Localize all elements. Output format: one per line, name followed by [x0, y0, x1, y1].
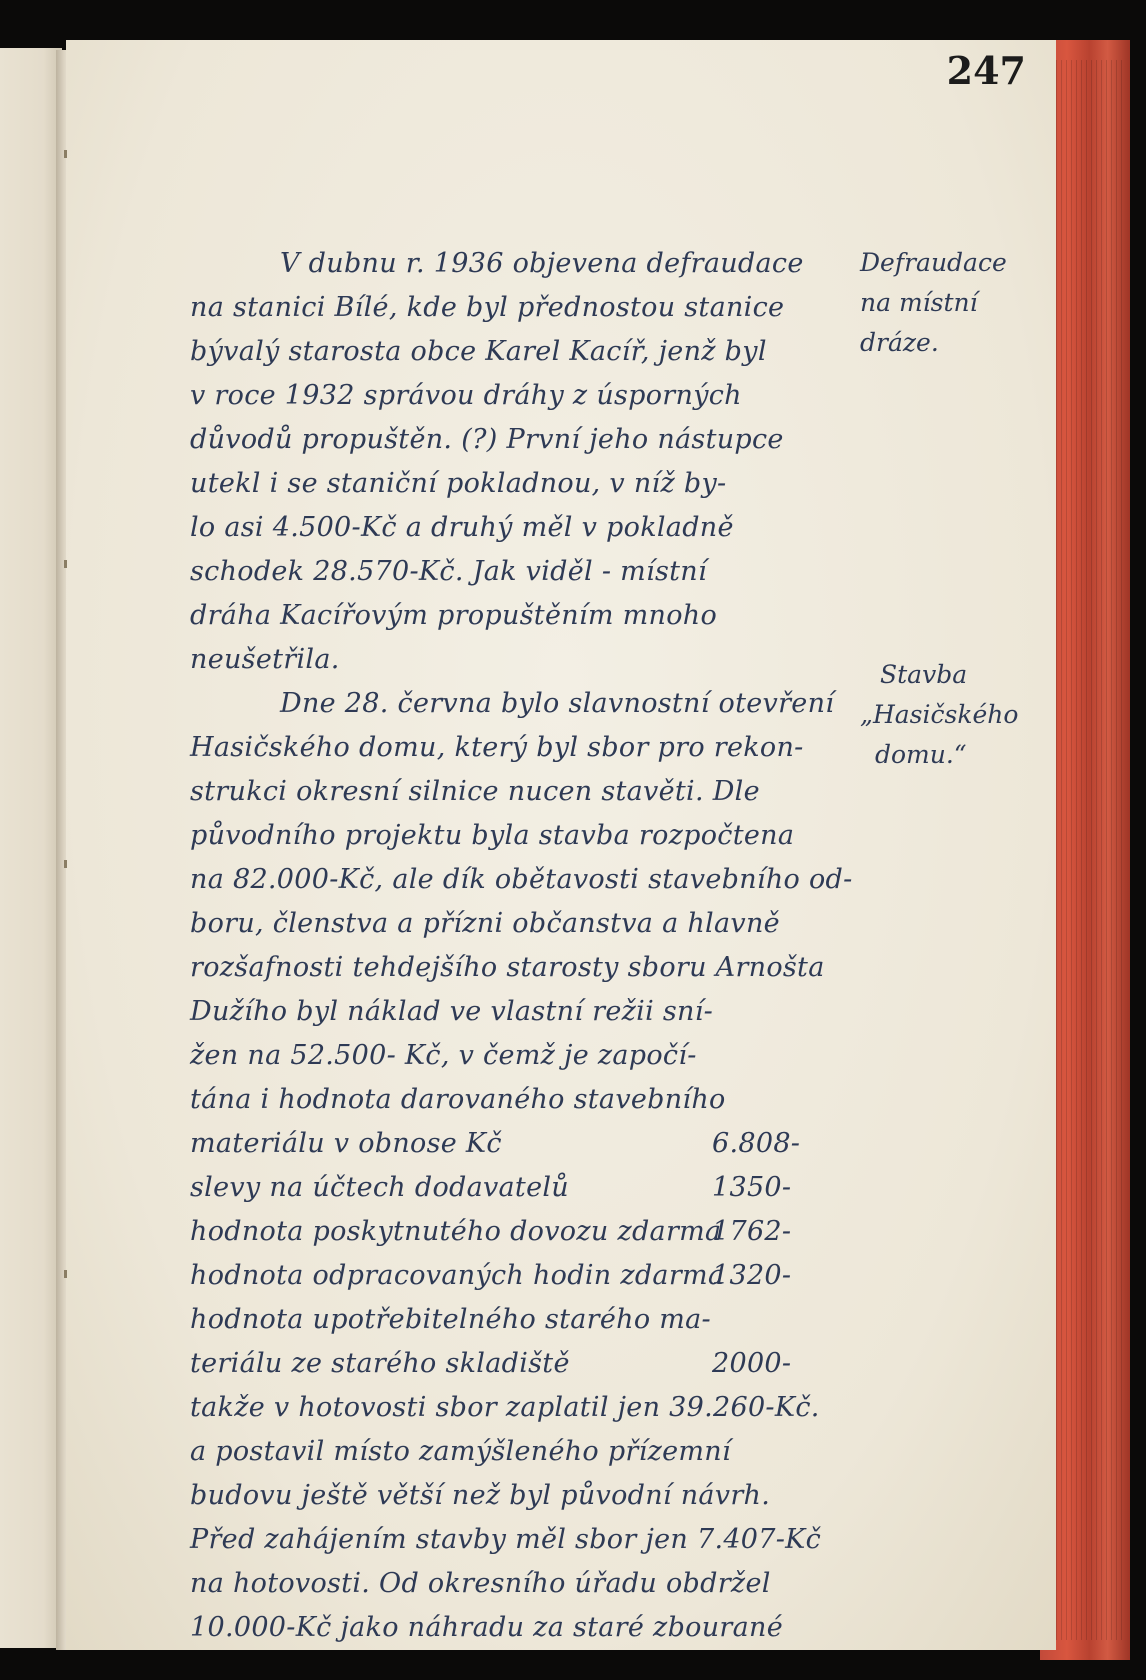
text-line: materiálu v obnose Kč: [190, 1128, 502, 1159]
text-line: bývalý starosta obce Karel Kacíř, jenž b…: [190, 336, 767, 367]
binding-stitch: [64, 1270, 67, 1278]
text-line: V dubnu r. 1936 objevena defraudace: [280, 248, 804, 279]
text-line: schodek 28.570-Kč. Jak viděl - místní: [190, 556, 707, 587]
text-line: teriálu ze starého skladiště: [190, 1348, 570, 1379]
amount: 1350-: [712, 1172, 791, 1203]
left-page-edge: [0, 48, 62, 1648]
text-line: hodnota odpracovaných hodin zdarma: [190, 1260, 724, 1291]
binding-stitch: [64, 560, 67, 568]
text-line: žen na 52.500- Kč, v čemž je započí-: [190, 1040, 697, 1071]
page-number: 247: [947, 48, 1026, 93]
amount: 2000-: [712, 1348, 791, 1379]
text-line: lo asi 4.500-Kč a druhý měl v pokladně: [190, 512, 734, 543]
text-line: neušetřila.: [190, 644, 340, 675]
text-line: utekl i se staniční pokladnou, v níž by-: [190, 468, 726, 499]
text-line: na stanici Bílé, kde byl přednostou stan…: [190, 292, 784, 323]
amount: 1762-: [712, 1216, 791, 1247]
margin-note: Defraudace: [860, 248, 1007, 277]
binding-stitch: [64, 860, 67, 868]
text-line: takže v hotovosti sbor zaplatil jen 39.2…: [190, 1392, 820, 1423]
text-line: původního projektu byla stavba rozpočten…: [190, 820, 794, 851]
text-line: tána i hodnota darovaného stavebního: [190, 1084, 726, 1115]
text-line: dráha Kacířovým propuštěním mnoho: [190, 600, 717, 631]
text-line: Dužího byl náklad ve vlastní režii sní-: [190, 996, 713, 1027]
text-line: hodnota upotřebitelného starého ma-: [190, 1304, 711, 1335]
text-line: a postavil místo zamýšleného přízemní: [190, 1436, 731, 1467]
text-line: hodnota poskytnutého dovozu zdarma: [190, 1216, 721, 1247]
text-line: Před zahájením stavby měl sbor jen 7.407…: [190, 1524, 821, 1555]
amount: 1320-: [712, 1260, 791, 1291]
page-block-lines: [1046, 60, 1126, 1640]
amount: 6.808-: [712, 1128, 800, 1159]
text-line: v roce 1932 správou dráhy z úsporných: [190, 380, 742, 411]
text-line: na 82.000-Kč, ale dík obětavosti stavebn…: [190, 864, 853, 895]
text-line: rozšafnosti tehdejšího starosty sboru Ar…: [190, 952, 825, 983]
binding-stitch: [64, 150, 67, 158]
text-line: slevy na účtech dodavatelů: [190, 1172, 569, 1203]
margin-note: „Hasičského: [860, 700, 1018, 729]
margin-note: domu.“: [875, 740, 967, 769]
text-line: 10.000-Kč jako náhradu za staré zbourané: [190, 1612, 783, 1643]
margin-note: Stavba: [880, 660, 967, 689]
text-line: budovu ještě větší než byl původní návrh…: [190, 1480, 770, 1511]
margin-note: dráze.: [860, 328, 939, 357]
text-line: strukci okresní silnice nucen stavěti. D…: [190, 776, 760, 807]
text-line: boru, členstva a přízni občanstva a hlav…: [190, 908, 780, 939]
text-line: Dne 28. června bylo slavnostní otevření: [280, 688, 834, 719]
text-line: důvodů propuštěn. (?) První jeho nástupc…: [190, 424, 784, 455]
text-line: na hotovosti. Od okresního úřadu obdržel: [190, 1568, 771, 1599]
text-line: Hasičského domu, který byl sbor pro reko…: [190, 732, 804, 763]
margin-note: na místní: [860, 288, 978, 317]
